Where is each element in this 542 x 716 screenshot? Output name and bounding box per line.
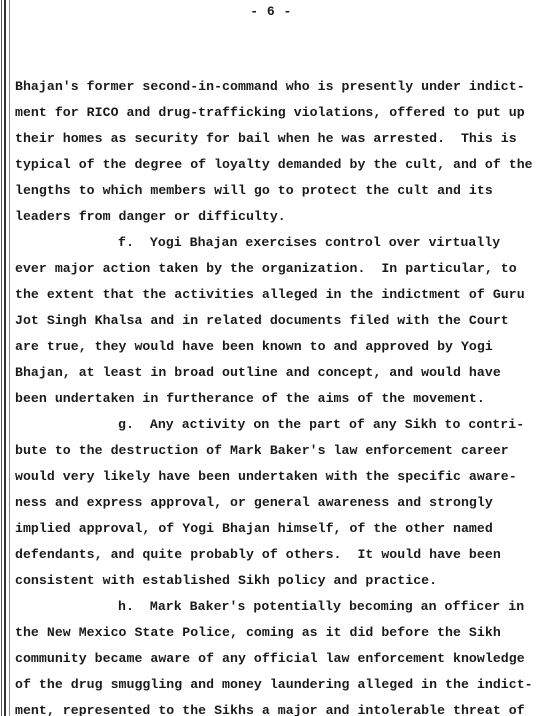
margin-rule <box>4 0 6 716</box>
text-line: their homes as security for bail when he… <box>15 126 540 152</box>
text-line: ness and express approval, or general aw… <box>15 490 540 516</box>
text-line: bute to the destruction of Mark Baker's … <box>15 438 540 464</box>
text-line: typical of the degree of loyalty demande… <box>15 152 540 178</box>
text-line: defendants, and quite probably of others… <box>15 542 540 568</box>
text-line: implied approval, of Yogi Bhajan himself… <box>15 516 540 542</box>
text-line: of the drug smuggling and money launderi… <box>15 672 540 698</box>
text-line: leaders from danger or difficulty. <box>15 204 540 230</box>
text-line: community became aware of any official l… <box>15 646 540 672</box>
text-line: would very likely have been undertaken w… <box>15 464 540 490</box>
margin-rule <box>1 0 2 716</box>
text-line: are true, they would have been known to … <box>15 334 540 360</box>
text-line: ment for RICO and drug-trafficking viola… <box>15 100 540 126</box>
text-line: the extent that the activities alleged i… <box>15 282 540 308</box>
text-line: Bhajan, at least in broad outline and co… <box>15 360 540 386</box>
text-line: Jot Singh Khalsa and in related document… <box>15 308 540 334</box>
text-line: ment, represented to the Sikhs a major a… <box>15 698 540 716</box>
text-line: lengths to which members will go to prot… <box>15 178 540 204</box>
text-line: been undertaken in furtherance of the ai… <box>15 386 540 412</box>
paragraph-start-line: f. Yogi Bhajan exercises control over vi… <box>15 230 540 256</box>
text-line: Bhajan's former second-in-command who is… <box>15 74 540 100</box>
margin-rule <box>9 0 10 716</box>
page-number: - 6 - <box>0 4 542 19</box>
text-line: ever major action taken by the organizat… <box>15 256 540 282</box>
document-body: Bhajan's former second-in-command who is… <box>15 74 540 716</box>
paragraph-start-line: g. Any activity on the part of any Sikh … <box>15 412 540 438</box>
text-line: the New Mexico State Police, coming as i… <box>15 620 540 646</box>
text-line: consistent with established Sikh policy … <box>15 568 540 594</box>
paragraph-start-line: h. Mark Baker's potentially becoming an … <box>15 594 540 620</box>
